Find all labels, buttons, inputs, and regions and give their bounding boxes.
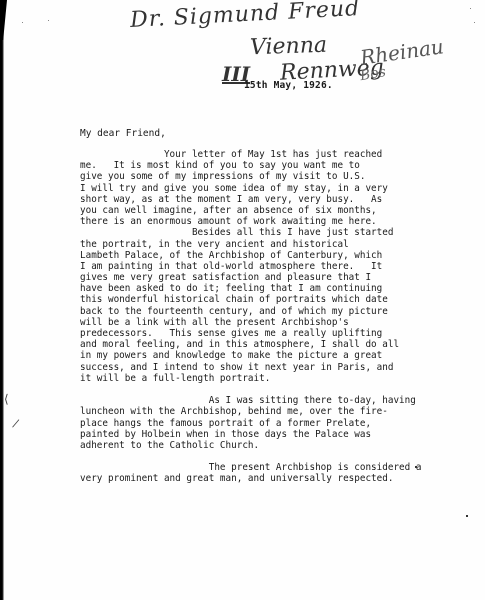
text-line: adherent to the Catholic Church. bbox=[80, 440, 400, 451]
text-line: this wonderful historical chain of portr… bbox=[80, 294, 400, 305]
paragraph: Your letter of May 1st has just reached … bbox=[80, 149, 400, 227]
text-line: short way, as at the moment I am very, v… bbox=[80, 194, 400, 205]
text-line: success, and I intend to show it next ye… bbox=[80, 362, 400, 373]
paragraph-gap bbox=[80, 384, 400, 395]
scan-speckle bbox=[474, 22, 475, 23]
letter-page: Dr. Sigmund Freud Vienna III Rennweg Rhe… bbox=[0, 0, 485, 600]
text-line: painted by Holbein when in those days th… bbox=[80, 429, 400, 440]
text-line: give you some of my impressions of my vi… bbox=[80, 171, 400, 182]
text-line: will be a link with all the present Arch… bbox=[80, 317, 400, 328]
text-line: predecessors. This sense gives me a real… bbox=[80, 328, 400, 339]
text-line: luncheon with the Archbishop, behind me,… bbox=[80, 406, 400, 417]
text-line: it will be a full-length portrait. bbox=[80, 373, 400, 384]
scan-speckle bbox=[466, 515, 468, 517]
text-line: in my powers and knowledge to make the p… bbox=[80, 350, 400, 361]
text-line: The present Archbishop is considered a bbox=[80, 462, 400, 473]
handwritten-note: Rheinau bbox=[359, 34, 445, 69]
margin-slash-mark: | bbox=[11, 418, 21, 429]
text-line: I will try and give you some idea of my … bbox=[80, 183, 400, 194]
scan-edge bbox=[0, 0, 4, 600]
scan-speckle bbox=[415, 466, 417, 468]
scan-speckle bbox=[470, 8, 471, 9]
paragraph: As I was sitting there to-day, having lu… bbox=[80, 395, 400, 451]
salutation: My dear Friend, bbox=[80, 128, 166, 139]
scan-speckle bbox=[48, 20, 49, 21]
text-line: Lambeth Palace, of the Archbishop of Can… bbox=[80, 250, 400, 261]
paragraph: The present Archbishop is considered a v… bbox=[80, 462, 400, 484]
letter-date: 15th May, 1926. bbox=[244, 80, 333, 91]
text-line: Your letter of May 1st has just reached bbox=[80, 149, 400, 160]
text-line: place hangs the famous portrait of a for… bbox=[80, 418, 400, 429]
text-line: have been asked to do it; feeling that I… bbox=[80, 283, 400, 294]
margin-bracket-mark: ⟨ bbox=[4, 392, 9, 406]
text-line: the portrait, in the very ancient and hi… bbox=[80, 239, 400, 250]
text-line: and moral feeling, and in this atmospher… bbox=[80, 339, 400, 350]
text-line: very prominent and great man, and univer… bbox=[80, 473, 400, 484]
text-line: As I was sitting there to-day, having bbox=[80, 395, 400, 406]
text-line: back to the fourteenth century, and of w… bbox=[80, 306, 400, 317]
text-line: Besides all this I have just started bbox=[80, 227, 400, 238]
scan-edge-corner bbox=[0, 0, 7, 40]
text-line: I am painting in that old-world atmosphe… bbox=[80, 261, 400, 272]
letter-body: Your letter of May 1st has just reached … bbox=[80, 149, 400, 485]
text-line: me. It is most kind of you to say you wa… bbox=[80, 160, 400, 171]
handwritten-recipient: Dr. Sigmund Freud bbox=[130, 0, 361, 33]
text-line: gives me very great satisfaction and ple… bbox=[80, 272, 400, 283]
text-line: you can well imagine, after an absence o… bbox=[80, 205, 400, 216]
paragraph-gap bbox=[80, 451, 400, 462]
text-line: there is an enormous amount of work awai… bbox=[80, 216, 400, 227]
paragraph: Besides all this I have just started the… bbox=[80, 227, 400, 384]
scan-speckle bbox=[22, 22, 23, 23]
handwritten-mark: Bos bbox=[359, 64, 387, 84]
handwritten-city: Vienna bbox=[250, 33, 328, 61]
